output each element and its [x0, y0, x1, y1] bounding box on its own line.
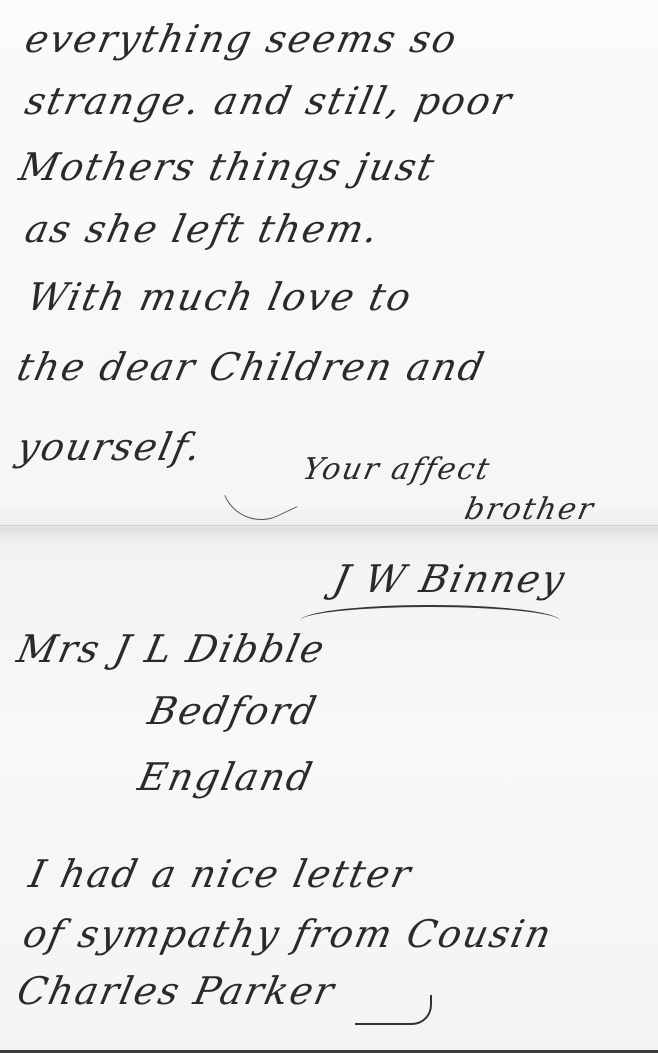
address-country: England	[135, 758, 317, 796]
body-line-6: the dear Children and	[14, 348, 489, 386]
closing-line-1: Your affect	[300, 455, 494, 485]
body-line-4: as she left them.	[22, 210, 383, 248]
postscript-line-2: of sympathy from Cousin	[20, 915, 556, 953]
postscript-flourish	[355, 995, 432, 1025]
postscript-line-1: I had a nice letter	[26, 855, 416, 893]
body-line-7: yourself.	[14, 428, 206, 466]
body-line-3: Mothers things just	[16, 148, 439, 186]
body-line-2: strange. and still, poor	[22, 82, 516, 120]
signature: J W Binney	[330, 560, 570, 598]
address-town: Bedford	[145, 692, 321, 730]
address-name: Mrs J L Dibble	[14, 630, 329, 668]
body-line-1: everything seems so	[22, 20, 461, 58]
postscript-line-3: Charles Parker	[14, 972, 339, 1010]
body-line-5: With much love to	[24, 278, 416, 316]
closing-line-2: brother	[462, 495, 597, 525]
paper-fold-shadow	[0, 524, 658, 544]
